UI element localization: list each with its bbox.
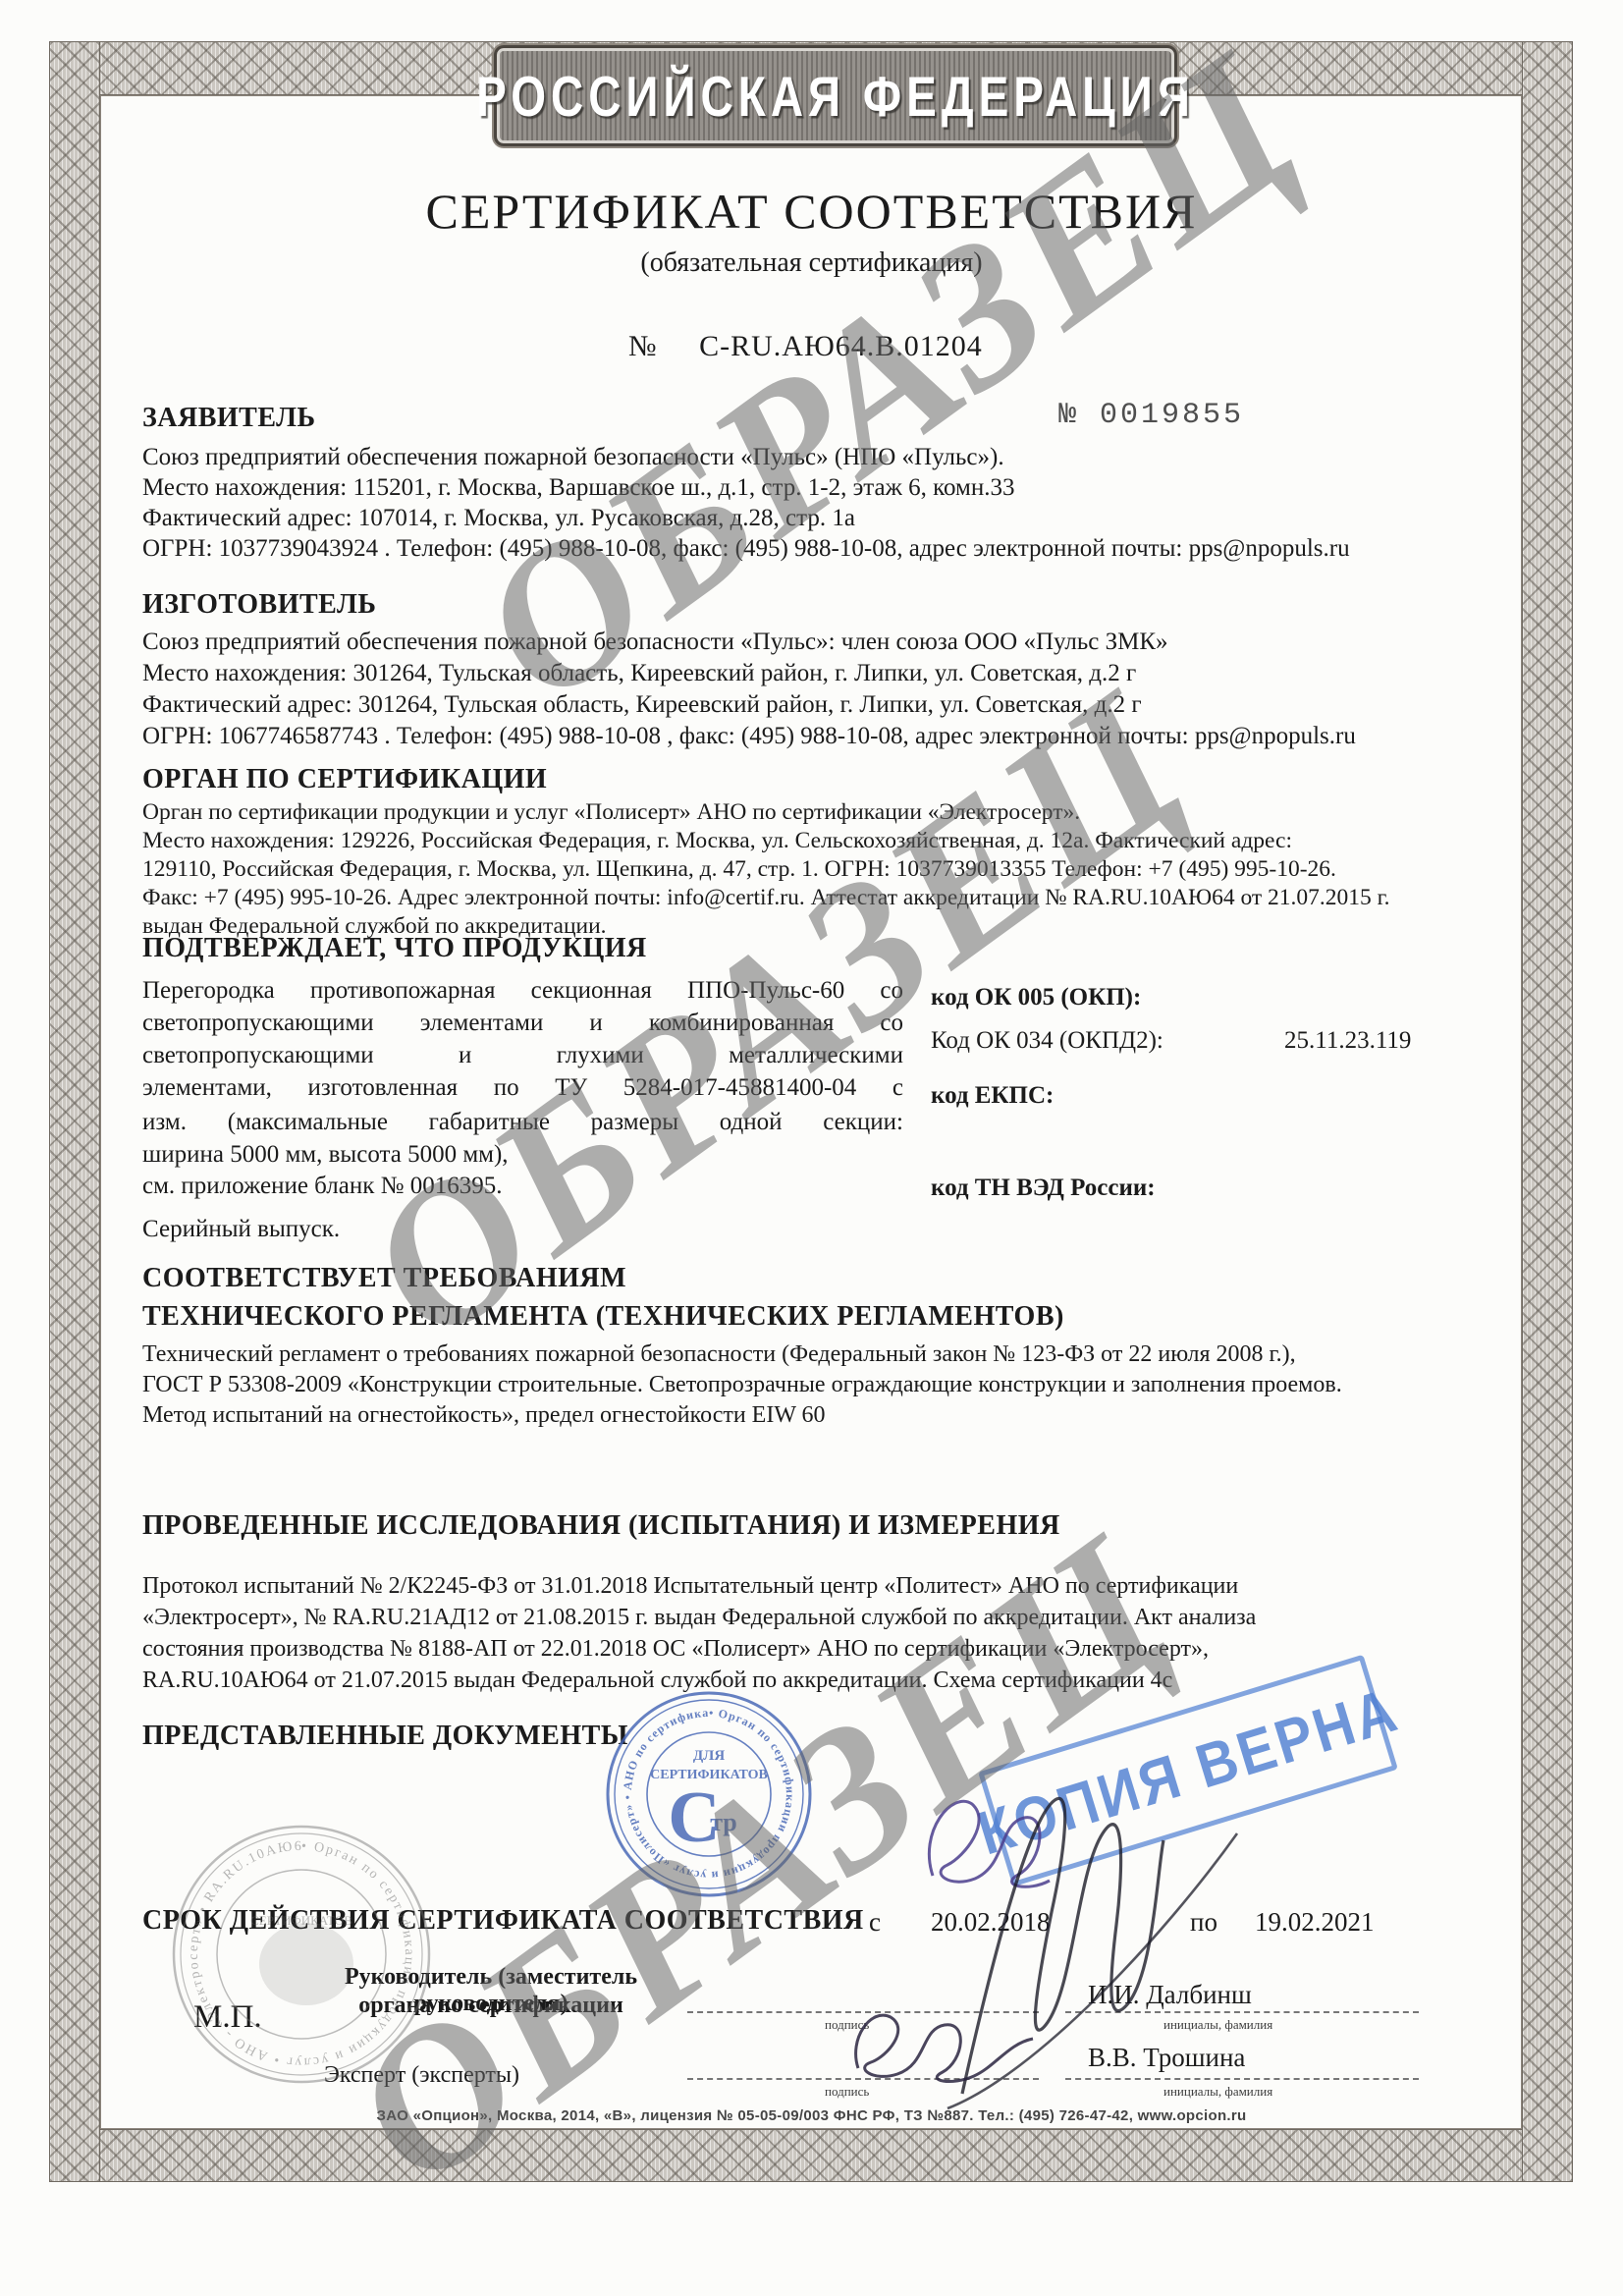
certificate-page: РОССИЙСКАЯ ФЕДЕРАЦИЯ СЕРТИФИКАТ СООТВЕТС…: [0, 0, 1623, 2296]
country-plaque-label: РОССИЙСКАЯ ФЕДЕРАЦИЯ: [476, 63, 1195, 130]
manufacturer-line: ОГРН: 1067746587743 . Телефон: (495) 988…: [142, 721, 1356, 751]
certification-body-line: Орган по сертификации продукции и услуг …: [142, 797, 1080, 828]
blue-stamp-mark-small: тр: [710, 1808, 737, 1836]
product-serial-line: Серийный выпуск.: [142, 1214, 340, 1244]
certification-body-line: Факс: +7 (495) 995-10-26. Адрес электрон…: [142, 883, 1390, 913]
compliance-line: Метод испытаний на огнестойкость», преде…: [142, 1400, 826, 1431]
certification-body-heading: ОРГАН ПО СЕРТИФИКАЦИИ: [142, 764, 547, 795]
applicant-heading: ЗАЯВИТЕЛЬ: [142, 403, 316, 434]
guilloche-border-left: [49, 41, 100, 2182]
certificate-title: СЕРТИФИКАТ СООТВЕТСТВИЯ: [0, 183, 1623, 240]
signature-expert: [846, 1999, 1043, 2093]
product-description-line: светопропускающими элементами и комбинир…: [142, 1007, 903, 1039]
certificate-subtitle: (обязательная сертификация): [0, 247, 1623, 279]
code-tnved-label: код ТН ВЭД России:: [931, 1175, 1156, 1202]
research-line: Протокол испытаний № 2/К2245-ФЗ от 31.01…: [142, 1571, 1238, 1602]
manufacturer-line: Союз предприятий обеспечения пожарной бе…: [142, 627, 1168, 657]
applicant-line: Фактический адрес: 107014, г. Москва, ул…: [142, 503, 855, 533]
compliance-heading-1: СООТВЕТСТВУЕТ ТРЕБОВАНИЯМ: [142, 1263, 626, 1294]
blue-round-stamp: • Орган по сертификации продукции и услу…: [596, 1681, 822, 1907]
product-description-line: изм. (максимальные габаритные размеры од…: [142, 1106, 903, 1138]
certification-body-line: 129110, Российская Федерация, г. Москва,…: [142, 854, 1336, 885]
product-appendix-line: см. приложение бланк № 0016395.: [142, 1171, 502, 1201]
guilloche-border-right: [1522, 41, 1573, 2182]
country-plaque: РОССИЙСКАЯ ФЕДЕРАЦИЯ: [494, 45, 1177, 146]
research-line: состояния производства № 8188-АП от 22.0…: [142, 1634, 1209, 1665]
number-sign: №: [628, 330, 658, 362]
manufacturer-line: Место нахождения: 301264, Тульская облас…: [142, 658, 1136, 688]
guilloche-border-bottom: [49, 2129, 1573, 2182]
manufacturer-line: Фактический адрес: 301264, Тульская обла…: [142, 689, 1142, 720]
certificate-number: C-RU.АЮ64.В.01204: [699, 330, 983, 362]
research-heading: ПРОВЕДЕННЫЕ ИССЛЕДОВАНИЯ (ИСПЫТАНИЯ) И И…: [142, 1510, 1060, 1542]
product-description-line: Перегородка противопожарная секционная П…: [142, 974, 903, 1007]
blue-stamp-line1: ДЛЯ: [693, 1748, 725, 1764]
documents-heading: ПРЕДСТАВЛЕННЫЕ ДОКУМЕНТЫ: [142, 1721, 628, 1752]
manufacturer-heading: ИЗГОТОВИТЕЛЬ: [142, 589, 376, 621]
validity-from-label: с: [869, 1907, 881, 1938]
gray-stamp-inner-text: СЕРТИФИКАТОВ: [250, 1913, 352, 1928]
gray-round-stamp: • Орган по сертификации продукции и услу…: [164, 1817, 439, 2092]
certification-body-line: Место нахождения: 129226, Российская Фед…: [142, 826, 1292, 856]
code-ekps-label: код ЕКПС:: [931, 1082, 1054, 1110]
compliance-line: Технический регламент о требованиях пожа…: [142, 1339, 1296, 1370]
product-description-line: ширина 5000 мм, высота 5000 мм),: [142, 1138, 903, 1171]
research-line: «Электросерт», № RA.RU.21АД12 от 21.08.2…: [142, 1603, 1256, 1633]
product-heading: ПОДТВЕРЖДАЕТ, ЧТО ПРОДУКЦИЯ: [142, 933, 647, 964]
product-description-line: элементами, изготовленная по ТУ 5284-017…: [142, 1071, 903, 1104]
compliance-line: ГОСТ Р 53308-2009 «Конструкции строитель…: [142, 1370, 1342, 1400]
code-okp-label: код ОК 005 (ОКП):: [931, 984, 1141, 1011]
applicant-line: ОГРН: 1037739043924 . Телефон: (495) 988…: [142, 533, 1350, 564]
applicant-line: Союз предприятий обеспечения пожарной бе…: [142, 442, 1004, 472]
blank-number: № 0019855: [1058, 399, 1244, 432]
validity-date-to: 19.02.2021: [1255, 1907, 1375, 1938]
applicant-line: Место нахождения: 115201, г. Москва, Вар…: [142, 472, 1015, 503]
code-okpd2-label: Код ОК 034 (ОКПД2):: [931, 1027, 1163, 1055]
product-description-line: светопропускающими и глухими металлическ…: [142, 1039, 903, 1071]
compliance-heading-2: ТЕХНИЧЕСКОГО РЕГЛАМЕНТА (ТЕХНИЧЕСКИХ РЕГ…: [142, 1301, 1064, 1333]
code-okpd2-value: 25.11.23.119: [1284, 1027, 1411, 1055]
certificate-number-line: № C-RU.АЮ64.В.01204: [628, 330, 983, 363]
printer-imprint: ЗАО «Опцион», Москва, 2014, «В», лицензи…: [0, 2107, 1623, 2124]
